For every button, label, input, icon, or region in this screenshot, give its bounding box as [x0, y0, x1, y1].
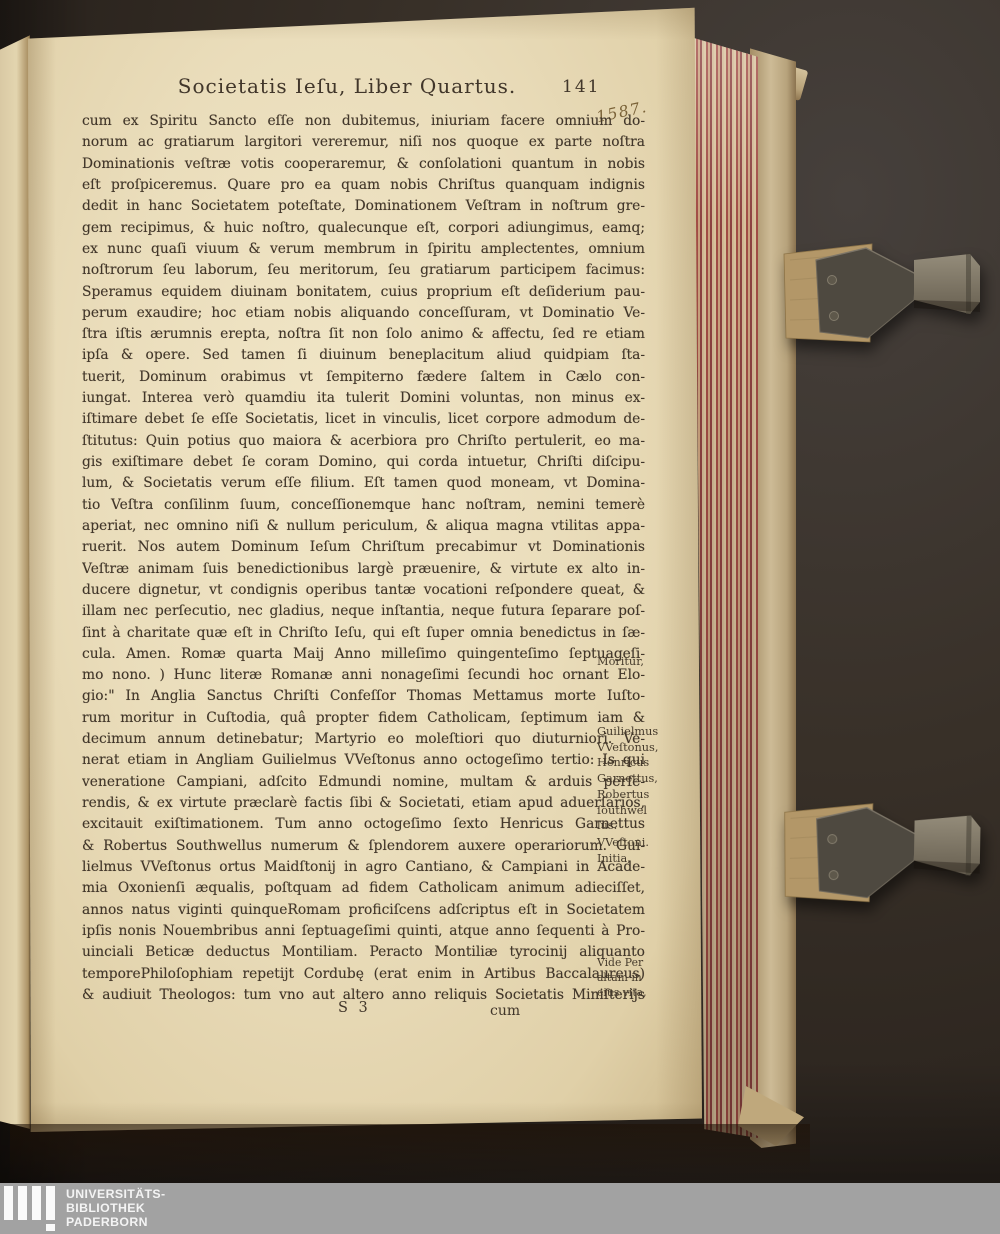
- text-line: annos natus viginti quinqueRomam profici…: [82, 900, 645, 921]
- margin-note-line: Guilielmus: [597, 724, 669, 740]
- library-logo-icon: [4, 1186, 64, 1232]
- text-line: cum ex Spiritu Sancto eſſe non dubitemus…: [82, 111, 645, 132]
- text-line: aperiat, nec omnino niſi & nullum pericu…: [82, 516, 645, 537]
- signature-mark: S 3: [338, 1000, 371, 1016]
- text-line: eſt proſpiceremus. Quare pro ea quam nob…: [82, 175, 645, 196]
- text-line: tuerit, Dominum orabimus vt ſempiterno f…: [82, 367, 645, 388]
- margin-note-line: VVeſtonus,: [597, 740, 669, 756]
- text-line: gem recipimus, & huic noſtro, qualecunqu…: [82, 218, 645, 239]
- text-line: iungat. Interea verò quamdiu ita tulerit…: [82, 388, 645, 409]
- text-line: Dominationis veſtræ votis cooperaremur, …: [82, 154, 645, 175]
- text-line: ducere dignetur, vt condignis operibus t…: [82, 580, 645, 601]
- text-line: gio:" In Anglia Sanctus Chriſti Confeſſo…: [82, 686, 645, 707]
- text-line: Veſtræ animam ſuis benedictionibus largè…: [82, 559, 645, 580]
- margin-note-line: VVeſtoni.: [597, 835, 669, 851]
- library-watermark-band: UNIVERSITÄTS- BIBLIOTHEK PADERBORN: [0, 1183, 1000, 1234]
- margin-note-line: altam in: [597, 970, 669, 985]
- text-line: lielmus VVeſtonus ortus Maidſtonij in ag…: [82, 857, 645, 878]
- text-line: illam nec perſecutio, nec gladius, neque…: [82, 601, 645, 622]
- text-line: decimum annum detinebatur; Martyrio eo m…: [82, 729, 645, 750]
- page-content: Societatis Ieſu, Liber Quartus. 141 1587…: [0, 0, 1000, 1234]
- text-line: ipſis nonis Nouembribus anni ſeptuageſim…: [82, 921, 645, 942]
- text-line: ſtra iſtis ærumnis erepta, noſtra ſit no…: [82, 324, 645, 345]
- margin-note-line: Vide Per: [597, 955, 669, 970]
- text-line: perum exaudire; hoc etiam nobis aliquand…: [82, 303, 645, 324]
- margin-note: Moritur,: [597, 654, 669, 670]
- text-line: rendis, & ex virtute præclarè factis ſib…: [82, 793, 645, 814]
- library-name-line: UNIVERSITÄTS-: [66, 1188, 165, 1202]
- margin-note-line: Initia,: [597, 851, 669, 867]
- text-line: Speramus equidem diuinam bonitatem, cuiu…: [82, 282, 645, 303]
- text-line: rum moritur in Cuſtodia, quâ propter fid…: [82, 708, 645, 729]
- margin-note-line: ſouthwel: [597, 803, 669, 819]
- book-page-photo: Societatis Ieſu, Liber Quartus. 141 1587…: [0, 0, 1000, 1234]
- body-text-block: cum ex Spiritu Sancto eſſe non dubitemus…: [82, 111, 645, 1006]
- margin-note-line: Robertus: [597, 787, 669, 803]
- text-line: & Robertus Southwellus numerum & ſplendo…: [82, 836, 645, 857]
- text-line: gis exiſtimare debet ſe coram Domino, qu…: [82, 452, 645, 473]
- text-line: noſtrorum ſeu laborum, ſeu meritorum, ſe…: [82, 260, 645, 281]
- page-number: 141: [562, 77, 600, 97]
- catchword: cum: [490, 1003, 520, 1019]
- text-line: iſtimare debet ſe eſſe Societatis, licet…: [82, 409, 645, 430]
- margin-note-line: Moritur,: [597, 654, 669, 670]
- text-line: excitauit exiſtimationem. Tum anno octog…: [82, 814, 645, 835]
- margin-note-line: Henricus: [597, 755, 669, 771]
- margin-note-line: eius vita,: [597, 985, 669, 1000]
- margin-note-line: Garnettus,: [597, 771, 669, 787]
- logo-bar: [46, 1186, 55, 1220]
- text-line: cula. Amen. Romæ quarta Maij Anno milleſ…: [82, 644, 645, 665]
- text-line: mo nono. ) Hunc literæ Romanæ anni nonag…: [82, 665, 645, 686]
- margin-note-line: lus.: [597, 818, 669, 834]
- text-line: mia Oxonienſi æqualis, poſtquam ad fidem…: [82, 878, 645, 899]
- text-line: veneratione Campiani, adſcito Edmundi no…: [82, 772, 645, 793]
- logo-bar: [4, 1186, 13, 1220]
- text-line: ruerit. Nos autem Dominum Ieſum Chriſtum…: [82, 537, 645, 558]
- text-line: ex nunc quaſi viuum & verum membrum in ſ…: [82, 239, 645, 260]
- text-line: lum, & Societatis verum eſſe filium. Eſt…: [82, 473, 645, 494]
- library-name-line: BIBLIOTHEK: [66, 1202, 165, 1216]
- library-name: UNIVERSITÄTS- BIBLIOTHEK PADERBORN: [66, 1188, 165, 1229]
- library-name-line: PADERBORN: [66, 1216, 165, 1230]
- margin-note: VVeſtoni. Initia,: [597, 835, 669, 866]
- text-line: nerat etiam in Angliam Guilielmus VVeſto…: [82, 750, 645, 771]
- text-line: ſtitutus: Quin potius quo maiora & acerb…: [82, 431, 645, 452]
- text-line: uinciali Beticæ deductus Montiliam. Pera…: [82, 942, 645, 963]
- text-line: temporePhiloſophiam repetijt Cordubę (er…: [82, 964, 645, 985]
- logo-bar: [18, 1186, 27, 1220]
- logo-dot: [46, 1224, 55, 1231]
- margin-note: Guilielmus VVeſtonus, Henricus Garnettus…: [597, 724, 669, 834]
- text-line: tio Veſtra conſilinm ſuum, conceſſionemq…: [82, 495, 645, 516]
- running-header: Societatis Ieſu, Liber Quartus.: [82, 74, 612, 98]
- text-line: ſint à charitate quæ eſt in Chriſto Ieſu…: [82, 623, 645, 644]
- text-line: dedit in hanc Societatem poteſtate, Domi…: [82, 196, 645, 217]
- logo-bar: [32, 1186, 41, 1220]
- text-line: norum ac gratiarum largitori vereremur, …: [82, 132, 645, 153]
- text-line: ipſa & opere. Sed tamen ſi diuinum benep…: [82, 345, 645, 366]
- margin-note: Vide Per altam in eius vita,: [597, 955, 669, 1000]
